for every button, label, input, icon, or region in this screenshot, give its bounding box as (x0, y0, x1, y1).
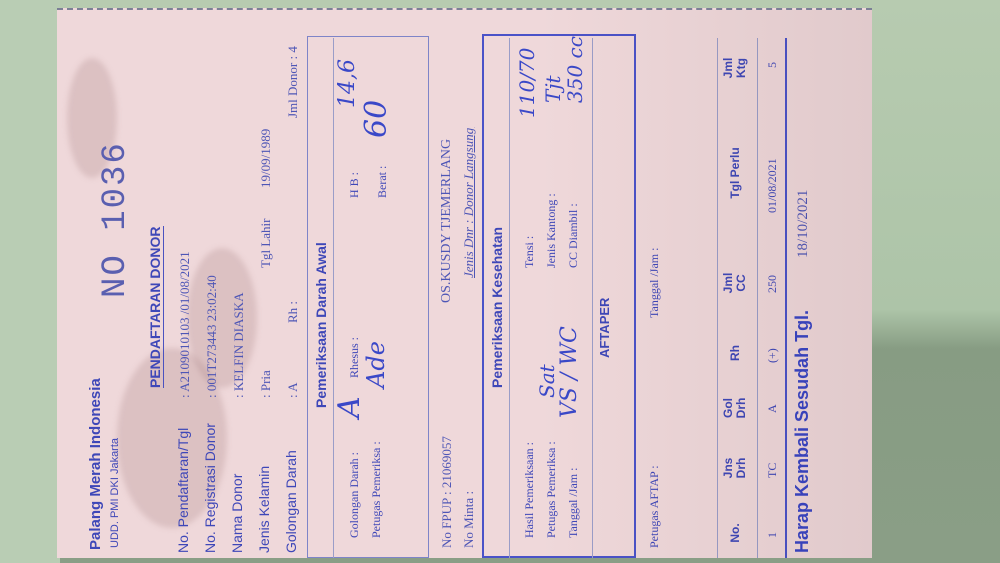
cell-gol-drh: A (765, 404, 780, 413)
label-rh: Rh : (285, 301, 301, 323)
divider (592, 38, 593, 558)
handwritten-golongan: A (332, 396, 367, 418)
divider (509, 38, 510, 558)
label-nama-donor: Nama Donor (229, 474, 245, 553)
footer-divider (785, 38, 787, 558)
return-date: 18/10/2021 (795, 190, 812, 258)
col-header-jml-cc: Jml CC (722, 263, 748, 303)
label-no-pendaftaran: No. Pendaftaran/Tgl (175, 428, 191, 553)
label-no-registrasi: No. Registrasi Donor (202, 423, 218, 553)
divider (757, 38, 758, 558)
label-petugas-awal: Petugas Pemeriksa : (369, 441, 384, 538)
col-header-no: No. (729, 518, 742, 548)
cell-jml-ktg: 5 (765, 62, 780, 68)
col-header-jns-drh: Jns Drh (722, 448, 748, 488)
label-tensi: Tensi : (522, 236, 537, 268)
col-header-rh: Rh (729, 338, 742, 368)
cell-jns-drh: TC (765, 463, 780, 478)
value-tgl-lahir: 19/09/1989 (258, 129, 274, 188)
divider (717, 38, 718, 558)
value-nama-donor: : KELFIN DIASKA (231, 293, 247, 398)
handwritten-signature: VS / WC (557, 326, 582, 418)
handwritten-hb: 14,6 (335, 59, 360, 108)
cell-jml-cc: 250 (765, 275, 780, 293)
label-hasil-pemeriksaan: Hasil Pemeriksaan : (522, 442, 537, 538)
form-title: PENDAFTARAN DONOR (147, 226, 164, 388)
handwritten-petugas-kesehatan: Sat (535, 364, 559, 398)
label-golongan-darah: Golongan Darah (283, 450, 299, 553)
value-no-registrasi: : 001T273443 23:02:40 (204, 275, 220, 398)
col-header-jml-ktg: Jml Ktg (722, 48, 748, 88)
label-hb: H B : (347, 172, 362, 198)
return-notice: Harap Kembali Sesudah Tgl. (792, 310, 813, 553)
section-pemeriksaan-kesehatan (482, 34, 636, 558)
label-cc-diambil: CC Diambil : (566, 203, 581, 268)
col-header-gol-drh: Gol Drh (722, 388, 748, 428)
handwritten-tensi: 110/70 (515, 48, 539, 118)
cell-no: 1 (765, 532, 780, 538)
handwritten-cc: 350 cc (563, 36, 587, 103)
label-tanggal-aftap: Tanggal /Jam : (647, 248, 662, 319)
divider (333, 38, 334, 558)
handwritten-kantong: Tjt (541, 75, 565, 103)
hospital-name: OS.KUSDY TJEMERLANG (439, 139, 455, 303)
col-header-tgl-perlu: Tgl Perlu (729, 128, 742, 218)
value-golongan-darah: : A (285, 382, 301, 398)
background-table-left (0, 0, 60, 563)
organization-name: Palang Merah Indonesia (87, 378, 104, 550)
jenis-donor: Jenis Dnr : Donor Langsung (461, 128, 477, 278)
value-no-pendaftaran: : A2109010103 /01/08/2021 (177, 251, 193, 398)
value-jenis-kelamin: : Pria (258, 370, 274, 398)
donor-registration-card: Palang Merah Indonesia UDD. PMI DKI Jaka… (57, 8, 872, 558)
label-rhesus: Rhesus : (347, 337, 362, 378)
cell-tgl-perlu: 01/08/2021 (765, 158, 780, 213)
label-jenis-kantong: Jenis Kantong : (544, 193, 559, 268)
no-fpup: No FPUP : 21069057 (439, 436, 455, 548)
section-title-pemeriksaan-kesehatan: Pemeriksaan Kesehatan (489, 227, 505, 388)
cell-rh: (+) (765, 348, 780, 363)
unit-name: UDD. PMI DKI Jakarta (109, 438, 121, 548)
section-title-aftaper: AFTAPER (597, 298, 612, 358)
handwritten-berat: 60 (359, 100, 394, 138)
jml-donor: Jml Donor : 4 (285, 46, 301, 118)
label-petugas-aftap: Petugas AFTAP : (647, 465, 662, 548)
label-jenis-kelamin: Jenis Kelamin (256, 466, 272, 553)
label-berat: Berat : (375, 166, 390, 198)
no-minta: No Minta : (461, 491, 477, 548)
handwritten-petugas-awal: Ade (362, 341, 390, 388)
label-petugas-kesehatan: Petugas Pemeriksa : (544, 441, 559, 538)
label-tgl-lahir: Tgl Lahir (258, 219, 274, 268)
label-tanggal-kesehatan: Tanggal /Jam : (566, 468, 581, 539)
label-golongan-awal: Golongan Darah : (347, 452, 362, 538)
section-title-pemeriksaan-awal: Pemeriksaan Darah Awal (313, 242, 329, 408)
serial-number: NO 1036 (97, 141, 135, 298)
